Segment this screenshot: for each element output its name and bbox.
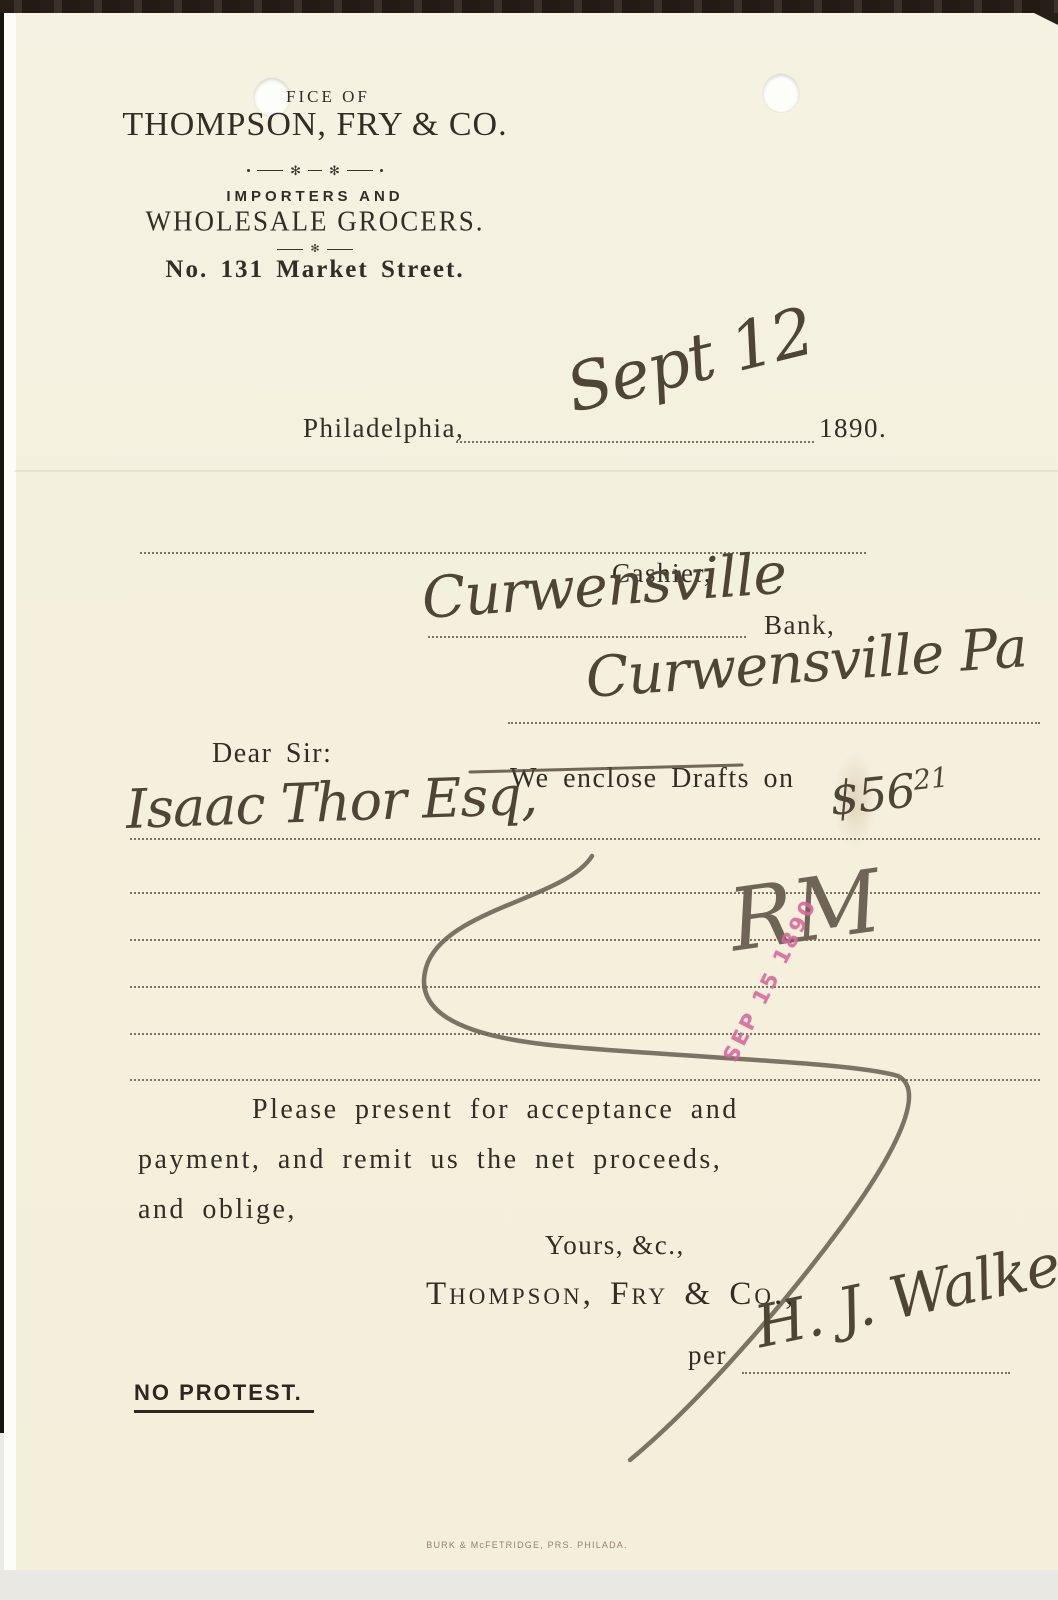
scanned-letter-page: FICE OF THOMPSON, FRY & CO. ✻ ✻ IMPORTER…	[0, 0, 1058, 1600]
letterhead-company-name: THOMPSON, FRY & CO.	[120, 106, 510, 144]
dateline-city: Philadelphia,	[303, 413, 464, 444]
scan-edge-left-gap	[4, 13, 16, 1600]
letterhead-address: No. 131 Market Street.	[120, 256, 510, 284]
writing-rule-1	[130, 838, 1040, 840]
signature-rule	[742, 1372, 1010, 1374]
recipient-rule-3	[508, 722, 1040, 724]
no-protest-label: NO PROTEST.	[134, 1380, 303, 1406]
scan-edge-bottom	[0, 1570, 1058, 1600]
scan-edge-top	[0, 0, 1058, 13]
salutation: Dear Sir:	[212, 738, 332, 770]
no-protest-underline	[134, 1410, 314, 1413]
closing-per: per	[688, 1340, 727, 1371]
writing-rule-5	[130, 1033, 1040, 1035]
closing-yours: Yours, &c.,	[545, 1230, 685, 1261]
ornament-divider-icon: ✻ ✻	[245, 164, 385, 177]
writing-rule-2	[130, 892, 1040, 894]
dateline-year: 1890.	[819, 413, 887, 444]
scan-edge-left-line	[0, 13, 4, 1433]
dateline-rule	[456, 441, 814, 443]
paper-crease	[14, 470, 1058, 472]
ornament-fleuron-icon: ✻	[270, 244, 360, 255]
letterhead-importers-line: IMPORTERS AND	[120, 188, 510, 205]
closing-paragraph-line2: payment, and remit us the net proceeds,	[138, 1144, 722, 1176]
letterhead-office-of: FICE OF	[286, 87, 370, 107]
writing-rule-3	[130, 939, 1040, 941]
printer-credit: BURK & McFETRIDGE, PRS. PHILADA.	[377, 1540, 677, 1550]
closing-paragraph-line3: and oblige,	[138, 1194, 297, 1226]
writing-rule-6	[130, 1079, 1040, 1081]
writing-rule-4	[130, 986, 1040, 988]
closing-paragraph-line1: Please present for acceptance and	[252, 1094, 739, 1126]
closing-company-name: Thompson, Fry & Co.,	[426, 1276, 796, 1313]
letterhead-grocers-line: WHOLESALE GROCERS.	[120, 205, 510, 238]
enclose-line: We enclose Drafts on	[510, 763, 795, 795]
punch-hole-right	[763, 74, 799, 112]
